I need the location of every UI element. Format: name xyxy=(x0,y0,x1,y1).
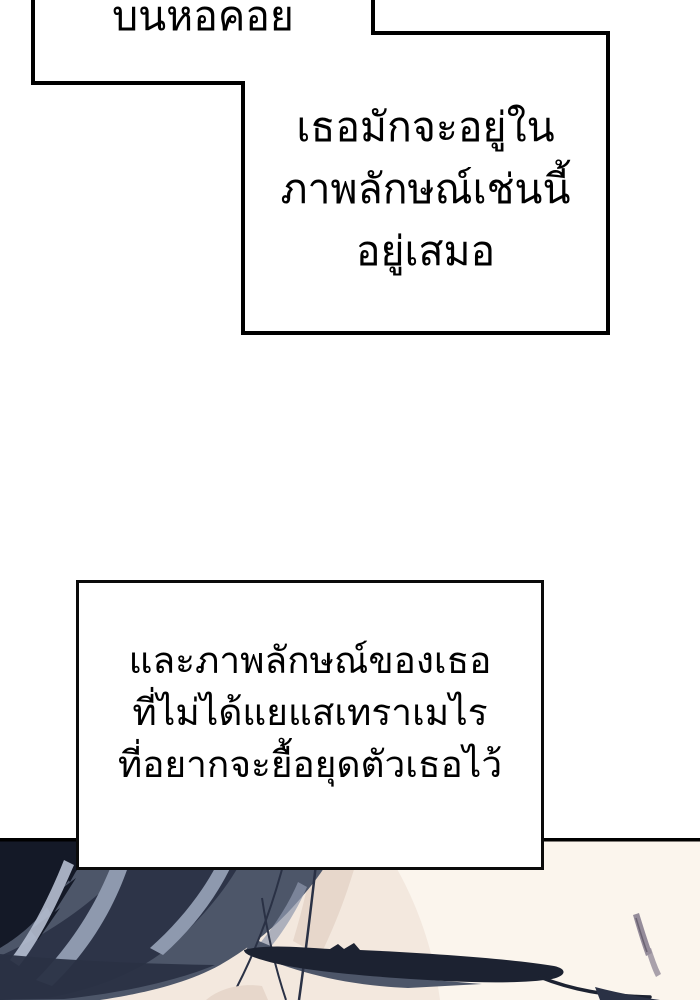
narration-box: และภาพลักษณ์ของเธอ ที่ไม่ได้แยแสเทราเมไร… xyxy=(76,580,544,870)
narration-line: ที่ไม่ได้แยแสเทราเมไร xyxy=(79,687,541,739)
narration-box-text: และภาพลักษณ์ของเธอ ที่ไม่ได้แยแสเทราเมไร… xyxy=(79,635,541,791)
caption-text: บนหอคอย xyxy=(33,0,373,41)
narration-line: ที่อยากจะยื้อยุดตัวเธอไว้ xyxy=(79,739,541,791)
narration-line: อยู่เสมอ xyxy=(243,220,608,282)
narration-line: และภาพลักษณ์ของเธอ xyxy=(79,635,541,687)
comic-page: บนหอคอย เธอมักจะอยู่ใน ภาพลักษณ์เช่นนี้ … xyxy=(0,0,700,1000)
narration-line: ภาพลักษณ์เช่นนี้ xyxy=(243,158,608,220)
narration-bubble-text: เธอมักจะอยู่ใน ภาพลักษณ์เช่นนี้ อยู่เสมอ xyxy=(243,96,608,282)
narration-line: เธอมักจะอยู่ใน xyxy=(243,96,608,158)
